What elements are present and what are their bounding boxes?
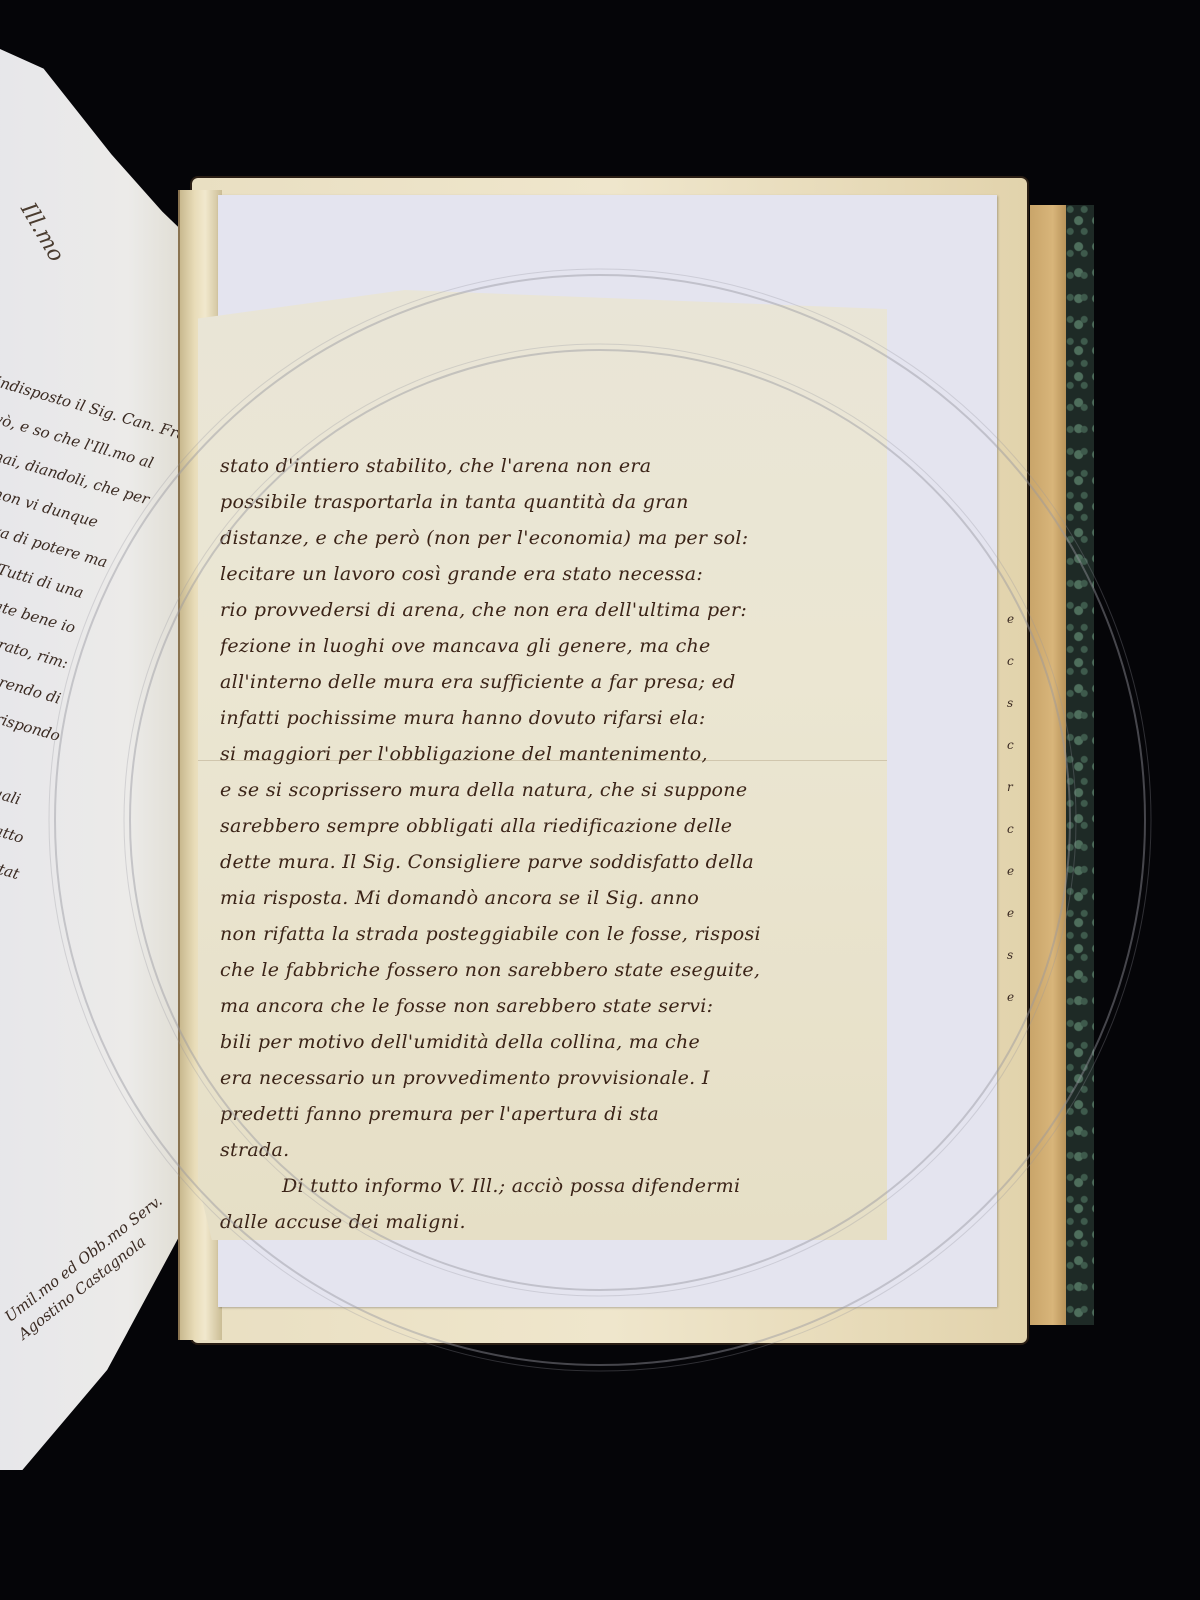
letter-line: non rifatta la strada posteggiabile con … [220,916,870,952]
letter-line: sarebbero sempre obbligati alla riedific… [220,808,870,844]
cover-board [1030,205,1068,1325]
letter-line: all'interno delle mura era sufficiente a… [220,664,870,700]
closing-line: Umil.mo ed Obb.mo Serv. [0,1190,167,1327]
marbled-cover [1066,205,1094,1325]
left-page-signature: Umil.mo ed Obb.mo Serv. Agostino Castagn… [0,1190,180,1344]
letter-line: dette mura. Il Sig. Consigliere parve so… [220,844,870,880]
letter-line: fezione in luoghi ove mancava gli genere… [220,628,870,664]
edge-mark: e [1007,892,1027,934]
edge-mark: c [1007,724,1027,766]
handwritten-letter: stato d'intiero stabilito, che l'arena n… [198,290,887,1240]
letter-line: bili per motivo dell'umidità della colli… [220,1024,870,1060]
letter-line: mia risposta. Mi domandò ancora se il Si… [220,880,870,916]
letter-line: strada. [220,1132,870,1168]
edge-mark: e [1007,850,1027,892]
edge-mark: s [1007,682,1027,724]
letter-line: possibile trasportarla in tanta quantità… [220,484,870,520]
letter-body: stato d'intiero stabilito, che l'arena n… [220,448,870,1312]
letter-line: stato d'intiero stabilito, che l'arena n… [220,448,870,484]
letter-line: lecitare un lavoro così grande era stato… [220,556,870,592]
page-edge-marks: ecscrceese [1007,598,1027,1018]
edge-mark: e [1007,976,1027,1018]
closing-line: Agostino Castagnola [14,1208,181,1345]
letter-line: dalle accuse dei maligni. [220,1204,870,1240]
edge-mark: c [1007,640,1027,682]
letter-line: distanze, e che però (non per l'economia… [220,520,870,556]
letter-line: rio provvedersi di arena, che non era de… [220,592,870,628]
letter-line: predetti fanno premura per l'apertura di… [220,1096,870,1132]
letter-line: che le fabbriche fossero non sarebbero s… [220,952,870,988]
left-page-top-mark: Ill.mo [15,199,69,267]
letter-line: ma ancora che le fosse non sarebbero sta… [220,988,870,1024]
left-page-text: e indisposto il Sig. Can. Fran.trovò, e … [0,360,180,1246]
edge-mark: c [1007,808,1027,850]
left-page: Ill.mo e indisposto il Sig. Can. Fran.tr… [0,40,192,1470]
edge-mark: s [1007,934,1027,976]
letter-line: si maggiori per l'obbligazione del mante… [220,736,870,772]
letter-line: era necessario un provvedimento provvisi… [220,1060,870,1096]
edge-mark: r [1007,766,1027,808]
letter-line: e se si scoprissero mura della natura, c… [220,772,870,808]
letter-line: Di tutto informo V. Ill.; acciò possa di… [220,1168,870,1204]
letter-line: infatti pochissime mura hanno dovuto rif… [220,700,870,736]
edge-mark: e [1007,598,1027,640]
